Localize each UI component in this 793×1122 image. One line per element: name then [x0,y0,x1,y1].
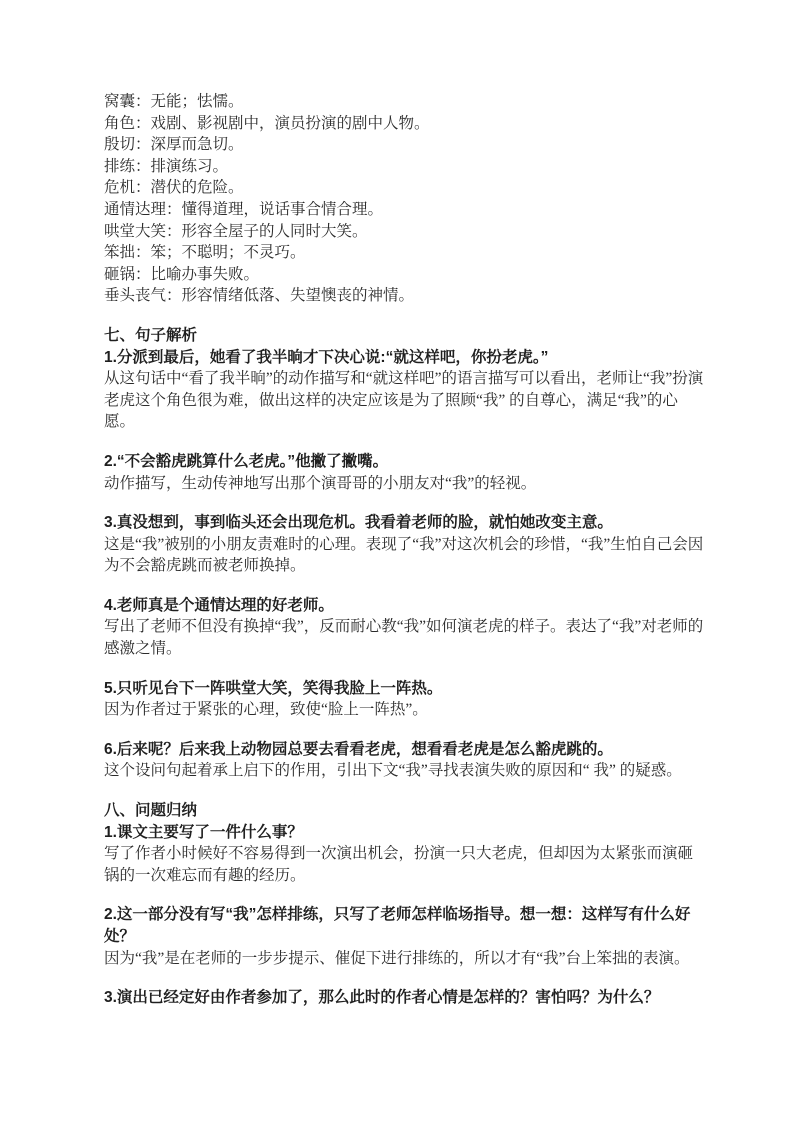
question-item: 1.课文主要写了一件什么事？ 写了作者小时候好不容易得到一次演出机会，扮演一只大… [104,822,704,887]
sentence-analysis-text: 这个设问句起着承上启下的作用，引出下文“我”寻找表演失败的原因和“ 我” 的疑惑… [104,760,704,782]
answer-text: 写了作者小时候好不容易得到一次演出机会，扮演一只大老虎，但却因为太紧张而演砸锅的… [104,843,704,886]
section-heading: 八、问题归纳 [104,800,704,822]
sentence-analysis-text: 从这句话中“看了我半晌”的动作描写和“就这样吧”的语言描写可以看出，老师让“我”… [104,368,704,433]
sentence-analysis-section: 七、句子解析 1.分派到最后，她看了我半晌才下决心说:“就这样吧，你扮老虎。” … [104,325,704,782]
definition-line: 殷切：深厚而急切。 [104,134,704,156]
question-item: 2.这一部分没有写“我”怎样排练，只写了老师怎样临场指导。想一想：这样写有什么好… [104,904,704,969]
word-definitions-section: 窝囊：无能；怯懦。 角色：戏剧、影视剧中，演员扮演的剧中人物。 殷切：深厚而急切… [104,91,704,307]
definition-line: 哄堂大笑：形容全屋子的人同时大笑。 [104,221,704,243]
definition-line: 窝囊：无能；怯懦。 [104,91,704,113]
definition-line: 危机：潜伏的危险。 [104,177,704,199]
definition-line: 垂头丧气：形容情绪低落、失望懊丧的神情。 [104,285,704,307]
analysis-item: 6.后来呢？后来我上动物园总要去看看老虎，想看看老虎是怎么豁虎跳的。 这个设问句… [104,739,704,782]
document-page: 窝囊：无能；怯懦。 角色：戏剧、影视剧中，演员扮演的剧中人物。 殷切：深厚而急切… [0,0,793,1122]
question-text: 3.演出已经定好由作者参加了，那么此时的作者心情是怎样的？害怕吗？为什么？ [104,987,704,1009]
analyzed-sentence: 4.老师真是个通情达理的好老师。 [104,595,704,617]
analysis-item: 1.分派到最后，她看了我半晌才下决心说:“就这样吧，你扮老虎。” 从这句话中“看… [104,347,704,433]
question-item: 3.演出已经定好由作者参加了，那么此时的作者心情是怎样的？害怕吗？为什么？ [104,987,704,1009]
question-summary-section: 八、问题归纳 1.课文主要写了一件什么事？ 写了作者小时候好不容易得到一次演出机… [104,800,704,1009]
analyzed-sentence: 1.分派到最后，她看了我半晌才下决心说:“就这样吧，你扮老虎。” [104,347,704,369]
question-text: 1.课文主要写了一件什么事？ [104,822,704,844]
sentence-analysis-text: 写出了老师不但没有换掉“我”，反而耐心教“我”如何演老虎的样子。表达了“我”对老… [104,616,704,659]
analyzed-sentence: 6.后来呢？后来我上动物园总要去看看老虎，想看看老虎是怎么豁虎跳的。 [104,739,704,761]
analyzed-sentence: 5.只听见台下一阵哄堂大笑，笑得我脸上一阵热。 [104,678,704,700]
sentence-analysis-text: 动作描写，生动传神地写出那个演哥哥的小朋友对“我”的轻视。 [104,473,704,495]
answer-text: 因为“我”是在老师的一步步提示、催促下进行排练的，所以才有“我”台上笨拙的表演。 [104,948,704,970]
analysis-item: 4.老师真是个通情达理的好老师。 写出了老师不但没有换掉“我”，反而耐心教“我”… [104,595,704,660]
definition-line: 通情达理：懂得道理，说话事合情合理。 [104,199,704,221]
sentence-analysis-text: 因为作者过于紧张的心理，致使“脸上一阵热”。 [104,699,704,721]
analysis-item: 3.真没想到，事到临头还会出现危机。我看着老师的脸，就怕她改变主意。 这是“我”… [104,512,704,577]
definition-line: 笨拙：笨；不聪明；不灵巧。 [104,242,704,264]
question-text: 2.这一部分没有写“我”怎样排练，只写了老师怎样临场指导。想一想：这样写有什么好… [104,904,704,947]
analyzed-sentence: 2.“不会豁虎跳算什么老虎。”他撇了撇嘴。 [104,451,704,473]
definition-line: 砸锅：比喻办事失败。 [104,264,704,286]
analysis-item: 5.只听见台下一阵哄堂大笑，笑得我脸上一阵热。 因为作者过于紧张的心理，致使“脸… [104,678,704,721]
definition-line: 角色：戏剧、影视剧中，演员扮演的剧中人物。 [104,113,704,135]
sentence-analysis-text: 这是“我”被别的小朋友责难时的心理。表现了“我”对这次机会的珍惜，“我”生怕自己… [104,534,704,577]
section-heading: 七、句子解析 [104,325,704,347]
analyzed-sentence: 3.真没想到，事到临头还会出现危机。我看着老师的脸，就怕她改变主意。 [104,512,704,534]
definition-line: 排练：排演练习。 [104,156,704,178]
analysis-item: 2.“不会豁虎跳算什么老虎。”他撇了撇嘴。 动作描写，生动传神地写出那个演哥哥的… [104,451,704,494]
